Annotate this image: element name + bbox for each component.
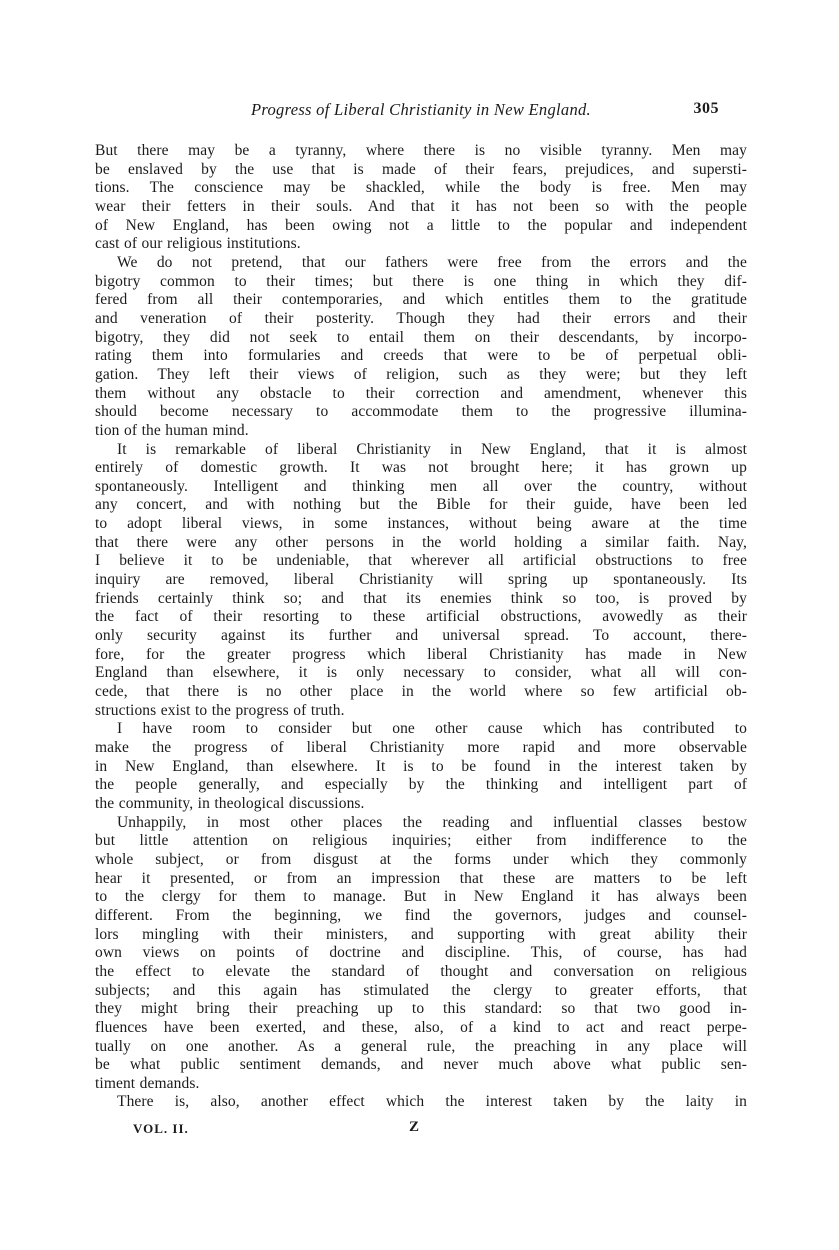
text-line: wear their fetters in their souls. And t… bbox=[95, 198, 747, 217]
text-line: the people generally, and especially by … bbox=[95, 776, 747, 795]
paragraph: It is remarkable of liberal Christianity… bbox=[95, 441, 747, 721]
text-line: hear it presented, or from an impression… bbox=[95, 870, 747, 889]
text-line: to adopt liberal views, in some instance… bbox=[95, 515, 747, 534]
text-line: structions exist to the progress of trut… bbox=[95, 702, 747, 721]
text-line: friends certainly think so; and that its… bbox=[95, 590, 747, 609]
text-line: they might bring their preaching up to t… bbox=[95, 1000, 747, 1019]
text-line: It is remarkable of liberal Christianity… bbox=[95, 441, 747, 460]
text-line: them without any obstacle to their corre… bbox=[95, 385, 747, 404]
text-line: bigotry, they did not seek to entail the… bbox=[95, 329, 747, 348]
text-line: but little attention on religious inquir… bbox=[95, 832, 747, 851]
text-line: the effect to elevate the standard of th… bbox=[95, 963, 747, 982]
text-line: timent demands. bbox=[95, 1075, 747, 1094]
text-line: whole subject, or from disgust at the fo… bbox=[95, 851, 747, 870]
text-line: I have room to consider but one other ca… bbox=[95, 720, 747, 739]
text-line: fluences have been exerted, and these, a… bbox=[95, 1019, 747, 1038]
signature-mark: Z bbox=[95, 1119, 733, 1136]
page-body: But there may be a tyranny, where there … bbox=[95, 142, 747, 1112]
text-line: tions. The conscience may be shackled, w… bbox=[95, 179, 747, 198]
text-line: of New England, has been owing not a lit… bbox=[95, 217, 747, 236]
paragraph: We do not pretend, that our fathers were… bbox=[95, 254, 747, 441]
text-line: We do not pretend, that our fathers were… bbox=[95, 254, 747, 273]
page-number: 305 bbox=[694, 100, 720, 118]
text-line: entirely of domestic growth. It was not … bbox=[95, 459, 747, 478]
text-line: in New England, than elsewhere. It is to… bbox=[95, 758, 747, 777]
text-line: Unhappily, in most other places the read… bbox=[95, 814, 747, 833]
text-line: cede, that there is no other place in th… bbox=[95, 683, 747, 702]
text-line: gation. They left their views of religio… bbox=[95, 366, 747, 385]
text-line: rating them into formularies and creeds … bbox=[95, 347, 747, 366]
scanned-book-page: Progress of Liberal Christianity in New … bbox=[0, 0, 839, 1250]
text-line: cast of our religious institutions. bbox=[95, 235, 747, 254]
text-line: be what public sentiment demands, and ne… bbox=[95, 1056, 747, 1075]
text-line: spontaneously. Intelligent and thinking … bbox=[95, 478, 747, 497]
page-footer: Z VOL. II. bbox=[95, 1119, 747, 1139]
paragraph: Unhappily, in most other places the read… bbox=[95, 814, 747, 1094]
text-line: different. From the beginning, we find t… bbox=[95, 907, 747, 926]
text-line: should become necessary to accommodate t… bbox=[95, 403, 747, 422]
text-line: fore, for the greater progress which lib… bbox=[95, 646, 747, 665]
text-line: the fact of their resorting to these art… bbox=[95, 608, 747, 627]
text-line: be enslaved by the use that is made of t… bbox=[95, 161, 747, 180]
text-line: only security against its further and un… bbox=[95, 627, 747, 646]
text-line: to the clergy for them to manage. But in… bbox=[95, 888, 747, 907]
text-line: any concert, and with nothing but the Bi… bbox=[95, 496, 747, 515]
text-line: England than elsewhere, it is only neces… bbox=[95, 664, 747, 683]
running-header: Progress of Liberal Christianity in New … bbox=[95, 100, 747, 124]
text-line: own views on points of doctrine and disc… bbox=[95, 944, 747, 963]
paragraph: There is, also, another effect which the… bbox=[95, 1093, 747, 1112]
text-line: and veneration of their posterity. Thoug… bbox=[95, 310, 747, 329]
text-line: I believe it to be undeniable, that wher… bbox=[95, 552, 747, 571]
text-line: tually on one another. As a general rule… bbox=[95, 1038, 747, 1057]
text-line: the community, in theological discussion… bbox=[95, 795, 747, 814]
text-line: But there may be a tyranny, where there … bbox=[95, 142, 747, 161]
volume-label: VOL. II. bbox=[133, 1121, 189, 1137]
text-line: fered from all their contemporaries, and… bbox=[95, 291, 747, 310]
text-line: inquiry are removed, liberal Christianit… bbox=[95, 571, 747, 590]
text-line: make the progress of liberal Christianit… bbox=[95, 739, 747, 758]
text-line: There is, also, another effect which the… bbox=[95, 1093, 747, 1112]
text-line: tion of the human mind. bbox=[95, 422, 747, 441]
paragraph: I have room to consider but one other ca… bbox=[95, 720, 747, 813]
text-line: that there were any other persons in the… bbox=[95, 534, 747, 553]
text-line: subjects; and this again has stimulated … bbox=[95, 982, 747, 1001]
running-title: Progress of Liberal Christianity in New … bbox=[95, 100, 747, 120]
text-line: bigotry common to their times; but there… bbox=[95, 273, 747, 292]
paragraph: But there may be a tyranny, where there … bbox=[95, 142, 747, 254]
text-line: lors mingling with their ministers, and … bbox=[95, 926, 747, 945]
